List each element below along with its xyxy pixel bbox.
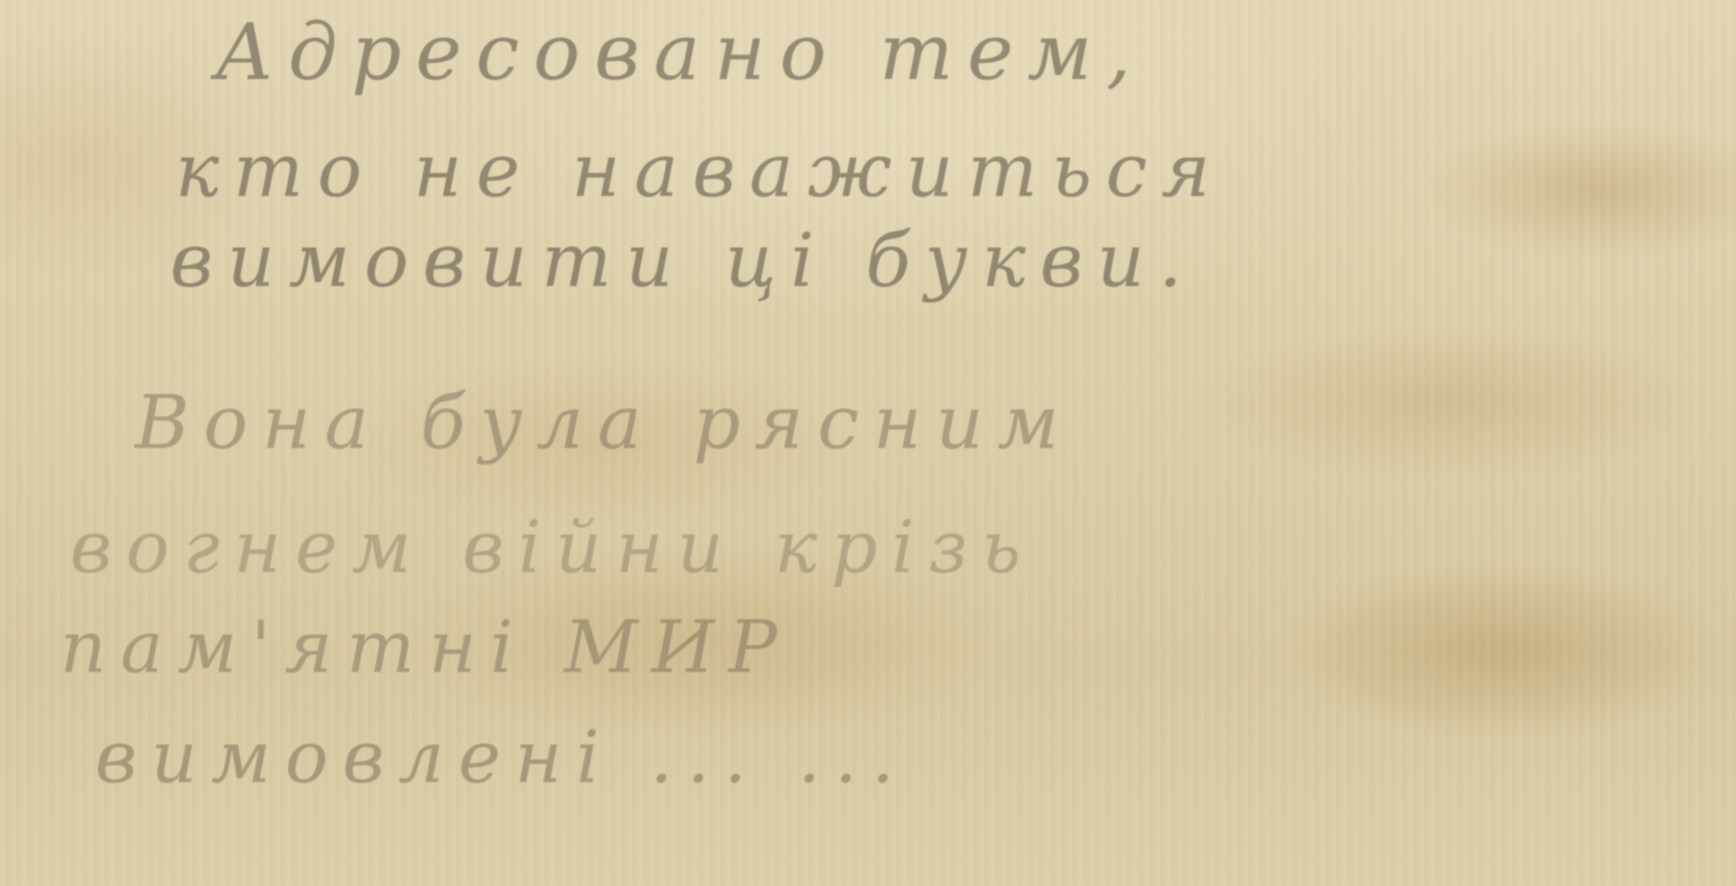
handwritten-line-2: кто не наважиться [175,128,1224,214]
handwritten-line-7: вимовлені ... ... [95,715,908,799]
handwritten-line-3: вимовити ці букви. [170,218,1196,304]
handwritten-line-4: Вона була рясним [135,380,1073,466]
handwritten-line-5: вогнем війни крізь [70,505,1035,589]
handwritten-line-1: Адресовано тем, [215,8,1145,98]
handwritten-line-6: пам'ятні МИР [60,605,791,689]
